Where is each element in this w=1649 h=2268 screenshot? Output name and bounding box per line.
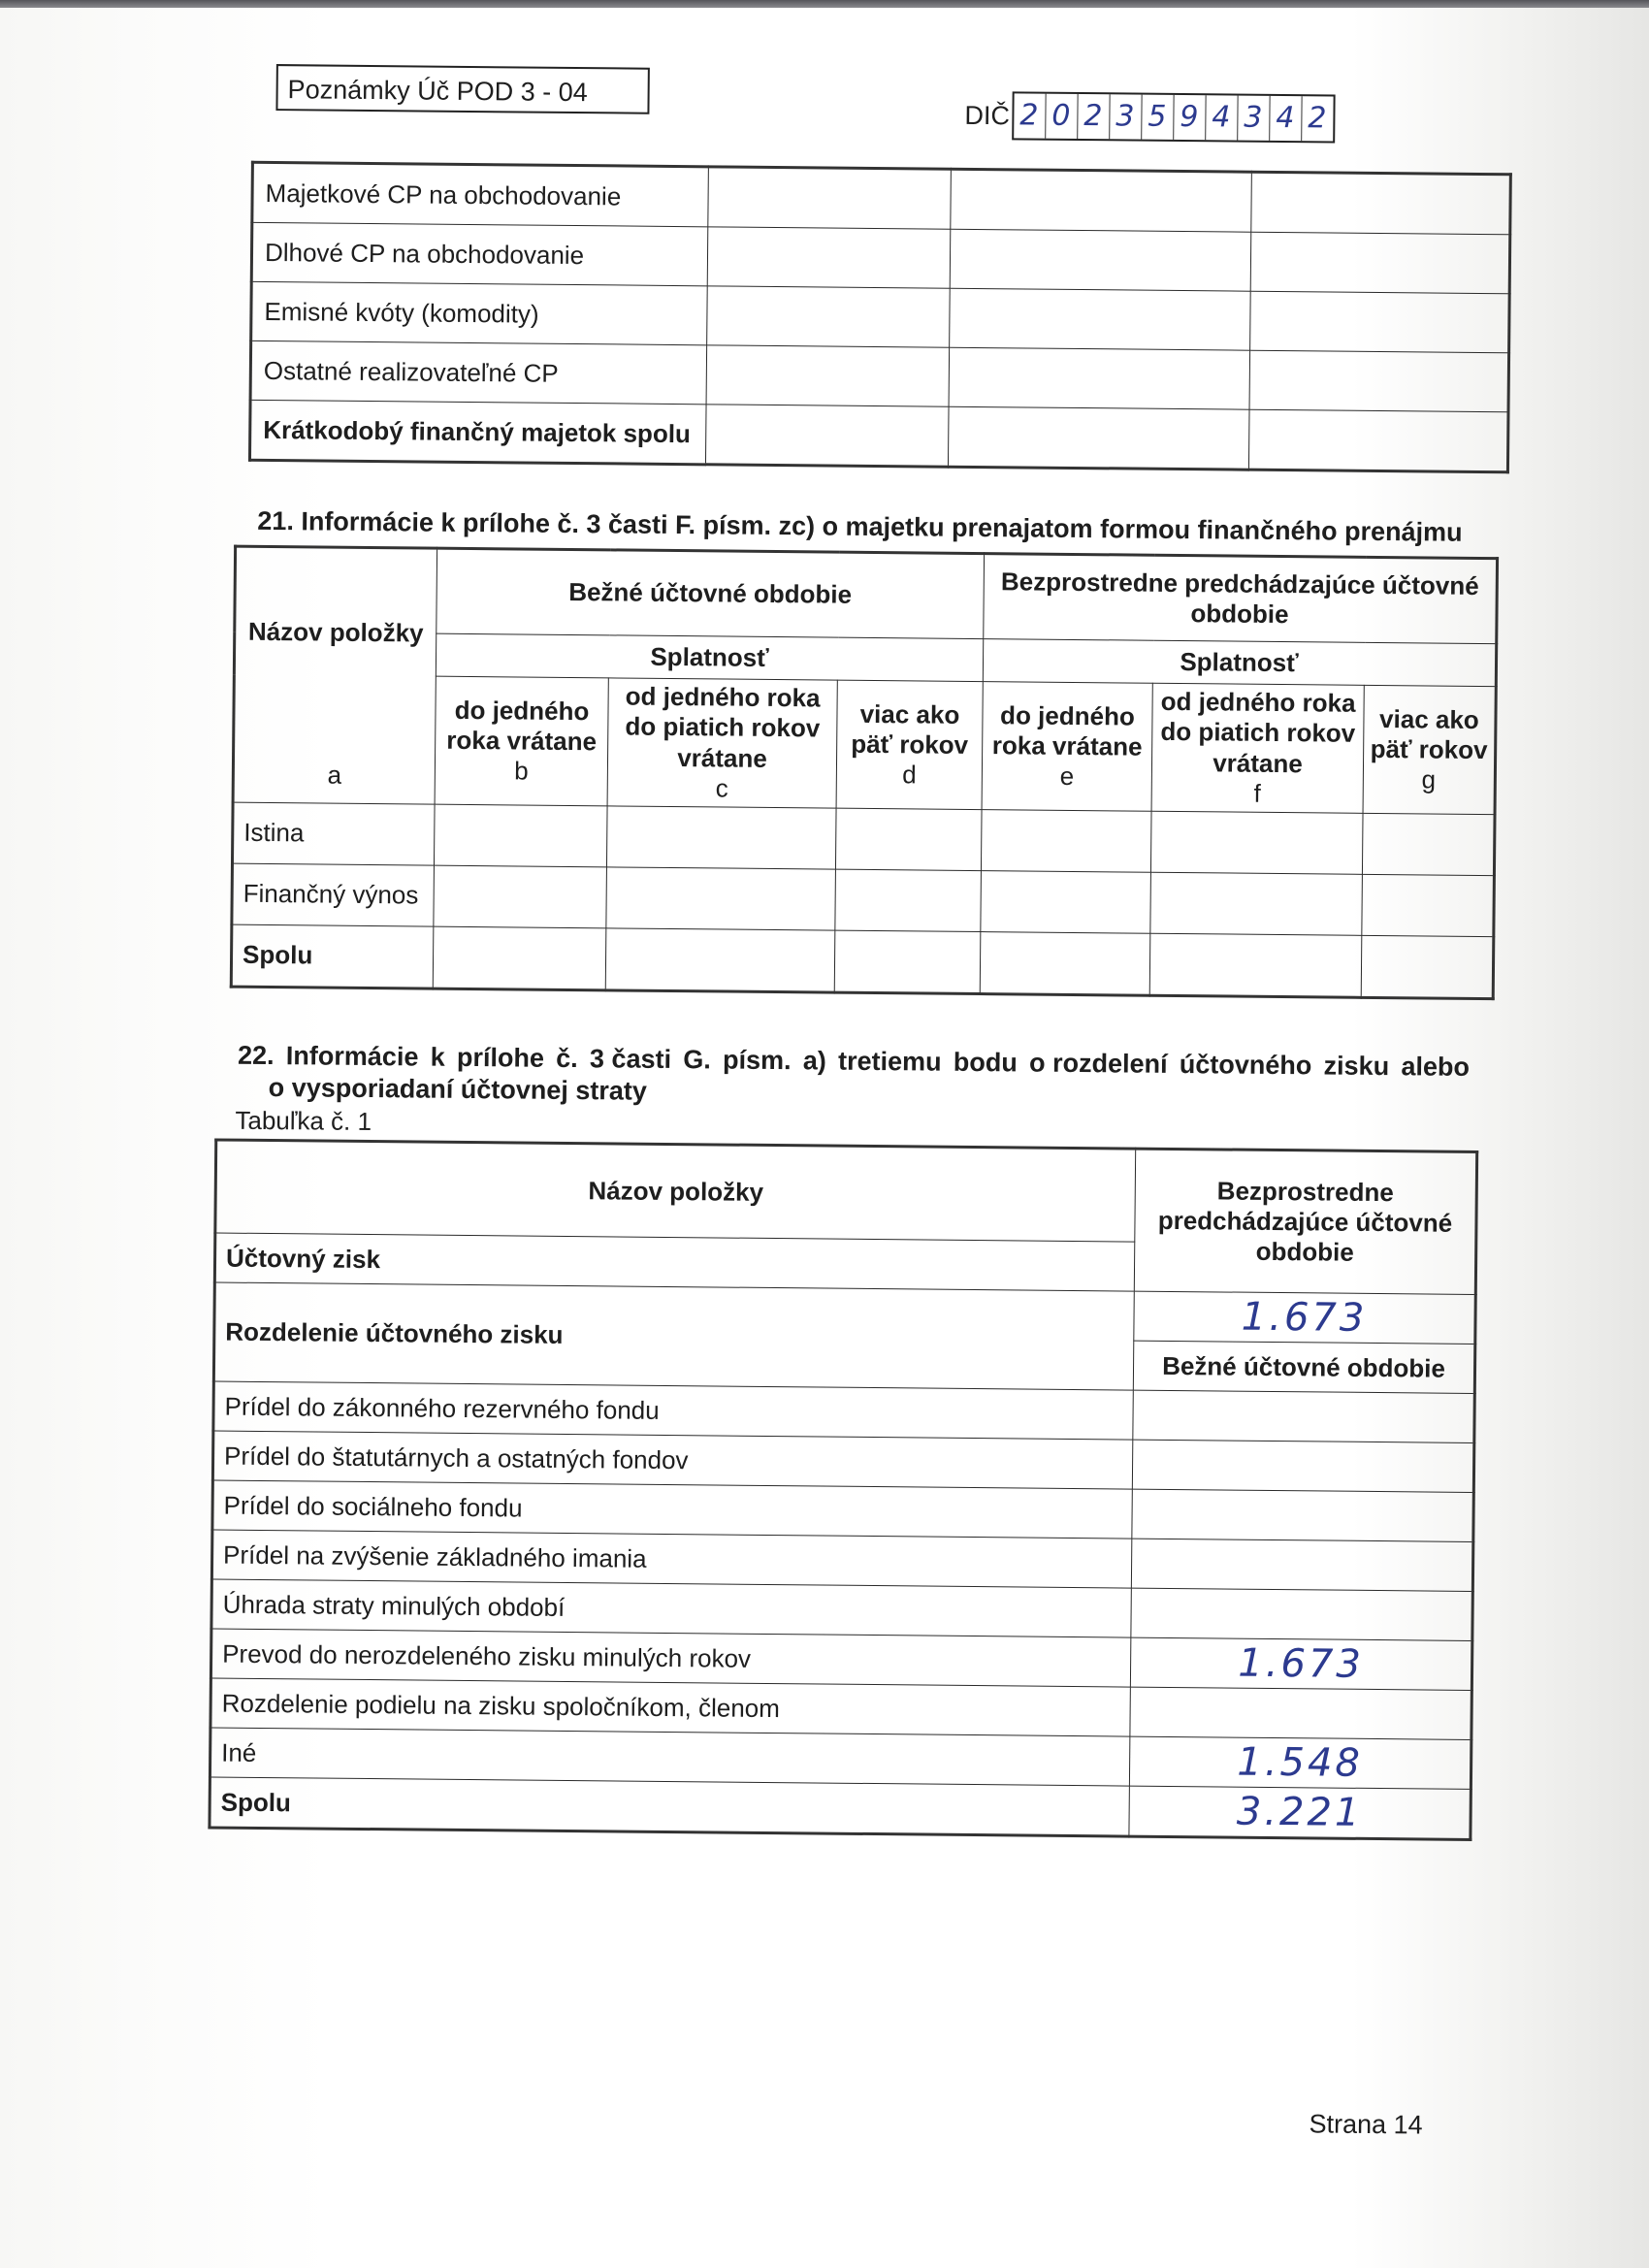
value-cell[interactable] — [1361, 935, 1494, 998]
row-label: Prevod do nerozdeleného zisku minulých r… — [210, 1629, 1130, 1687]
tax-id-digit-boxes: 2023594342 — [1012, 91, 1335, 143]
previous-period-header: Bezprostredne predchádzajúce účtovné obd… — [984, 554, 1498, 644]
current-maturity-header: Splatnosť — [436, 633, 983, 681]
value-cell[interactable] — [1362, 874, 1495, 936]
document-page: Poznámky Úč POD 3 - 04 DIČ 2023594342 Ma… — [0, 0, 1649, 2268]
tax-id-digit-box[interactable]: 3 — [1238, 96, 1270, 141]
handwritten-value: 1.673 — [1238, 1641, 1364, 1687]
tax-id-digit-box[interactable]: 9 — [1174, 95, 1206, 140]
maturity-label: viac ako päť rokov — [851, 699, 968, 760]
handwritten-value: 1.548 — [1237, 1740, 1363, 1786]
title-word: 22. — [238, 1040, 275, 1072]
value-cell[interactable]: 1.673 — [1130, 1637, 1471, 1690]
row-label: Spolu — [210, 1777, 1129, 1836]
column-letter: c — [608, 772, 836, 804]
row-label: Istina — [232, 802, 435, 865]
tax-id-label: DIČ — [964, 100, 1010, 130]
value-cell[interactable] — [981, 810, 1151, 873]
maturity-label: do jedného roka vrátane — [992, 700, 1143, 761]
title-word: o rozdelení — [1029, 1048, 1168, 1081]
value-cell[interactable] — [1131, 1588, 1472, 1640]
maturity-column-header: do jedného roka vrátanee — [982, 682, 1152, 812]
table-row: Spolu — [231, 924, 1494, 998]
maturity-label: od jedného roka do piatich rokov vrátane — [625, 682, 820, 773]
finance-lease-table: Názov položky a Bežné účtovné obdobie Be… — [230, 545, 1499, 1000]
row-label: Krátkodobý finančný majetok spolu — [249, 400, 706, 465]
value-cell[interactable] — [1250, 291, 1510, 353]
value-cell[interactable] — [949, 347, 1250, 409]
row-label: Rozdelenie podielu na zisku spoločníkom,… — [210, 1678, 1130, 1736]
title-word: alebo — [1401, 1051, 1470, 1084]
value-cell[interactable] — [434, 865, 607, 928]
column-letter: f — [1152, 777, 1363, 809]
maturity-column-header: viac ako päť rokovd — [836, 680, 983, 809]
maturity-label: od jedného roka do piatich rokov vrátane — [1160, 687, 1355, 778]
title-word: Informácie — [286, 1040, 419, 1073]
profit-distribution-table: Názov položky Bezprostredne predchádzajú… — [208, 1138, 1478, 1840]
tax-id-digit-box[interactable]: 5 — [1142, 95, 1174, 140]
previous-period-header: Bezprostredne predchádzajúce účtovné obd… — [1134, 1149, 1476, 1294]
tax-id-digit-box[interactable]: 0 — [1046, 94, 1078, 139]
maturity-label: viac ako päť rokov — [1371, 704, 1488, 764]
value-cell[interactable] — [1131, 1539, 1472, 1591]
value-cell[interactable] — [1248, 409, 1508, 472]
previous-maturity-header: Splatnosť — [983, 639, 1496, 687]
maturity-column-header: viac ako päť rokovg — [1363, 685, 1496, 814]
table-row: Krátkodobý finančný majetok spolu — [249, 400, 1508, 471]
tax-id-digit-box[interactable]: 2 — [1014, 93, 1046, 138]
value-cell[interactable] — [1133, 1390, 1474, 1442]
value-cell[interactable] — [981, 871, 1151, 934]
column-letter: a — [235, 759, 435, 791]
title-word: tretiemu — [838, 1046, 942, 1079]
row-label: Emisné kvóty (komodity) — [251, 281, 708, 345]
table-row: Spolu3.221 — [210, 1777, 1471, 1839]
value-cell[interactable] — [708, 167, 952, 229]
value-cell[interactable] — [605, 928, 835, 992]
current-period-header: Bežné účtovné obdobie — [436, 548, 985, 638]
title-word: zisku — [1323, 1050, 1389, 1083]
value-cell[interactable] — [1149, 933, 1362, 997]
row-label: Úhrada straty minulých období — [211, 1579, 1131, 1637]
title-word: č. — [556, 1043, 578, 1075]
column-letter: b — [436, 756, 607, 788]
title-word: k — [431, 1042, 445, 1074]
tax-id-digit-box[interactable]: 4 — [1270, 96, 1302, 141]
value-cell[interactable] — [1150, 872, 1363, 935]
name-header: Názov položky — [236, 617, 436, 649]
title-word: písm. — [723, 1045, 792, 1078]
value-cell[interactable] — [706, 345, 950, 406]
column-letter: e — [983, 761, 1151, 793]
title-word: bodu — [954, 1047, 1018, 1080]
value-cell[interactable] — [950, 229, 1251, 291]
value-cell[interactable] — [1362, 813, 1495, 875]
value-cell[interactable] — [1150, 811, 1363, 874]
value-cell[interactable] — [606, 867, 836, 930]
value-cell[interactable] — [980, 932, 1150, 996]
value-cell[interactable] — [707, 286, 951, 347]
row-label: Finančný výnos — [232, 863, 435, 926]
current-period-header: Bežné účtovné obdobie — [1133, 1341, 1474, 1393]
tax-id-digit-box[interactable]: 2 — [1302, 96, 1333, 141]
form-title: Poznámky Úč POD 3 - 04 — [288, 75, 588, 107]
title-word: G. — [683, 1044, 711, 1076]
section-21-title: 21. Informácie k prílohe č. 3 časti F. p… — [257, 506, 1463, 548]
column-letter: g — [1364, 764, 1494, 795]
value-cell[interactable] — [606, 806, 836, 869]
value-cell[interactable] — [951, 169, 1252, 232]
row-label: Prídel do sociálneho fondu — [212, 1480, 1132, 1539]
value-cell[interactable] — [1130, 1687, 1471, 1739]
profit-value: 1.673 — [1242, 1295, 1368, 1341]
title-word: účtovného — [1180, 1049, 1312, 1082]
value-cell[interactable] — [834, 930, 981, 993]
value-cell[interactable] — [835, 869, 982, 931]
title-word: 3 časti — [590, 1043, 671, 1076]
row-label: Ostatné realizovateľné CP — [250, 340, 707, 405]
value-cell[interactable] — [1132, 1440, 1473, 1492]
tax-id-digit-box[interactable]: 4 — [1206, 95, 1238, 140]
maturity-column-header: od jedného roka do piatich rokov vrátane… — [1151, 683, 1364, 813]
row-label: Prídel do štatutárnych a ostatných fondo… — [212, 1431, 1132, 1489]
distribution-label: Rozdelenie účtovného zisku — [213, 1282, 1134, 1390]
value-cell[interactable] — [1132, 1489, 1473, 1541]
row-label: Iné — [210, 1728, 1129, 1786]
section-22-title: 22.Informáciekpríloheč.3 častiG.písm.a)t… — [238, 1040, 1471, 1116]
row-label: Spolu — [231, 924, 434, 988]
value-cell[interactable] — [705, 405, 949, 467]
table-label: Tabuľka č. 1 — [235, 1106, 372, 1137]
row-label: Prídel do zákonného rezervného fondu — [213, 1381, 1133, 1440]
maturity-column-header: od jedného roka do piatich rokov vrátane… — [607, 678, 837, 808]
value-cell[interactable]: 1.548 — [1129, 1736, 1471, 1789]
value-cell[interactable] — [950, 288, 1251, 350]
value-cell[interactable] — [1251, 172, 1511, 235]
profit-label: Účtovný zisk — [214, 1233, 1134, 1291]
tax-id-digit-box[interactable]: 2 — [1078, 94, 1110, 139]
maturity-label: do jedného roka vrátane — [446, 696, 597, 757]
row-label: Prídel na zvýšenie základného imania — [211, 1530, 1131, 1588]
handwritten-value: 3.221 — [1237, 1790, 1363, 1835]
form-title-box: Poznámky Úč POD 3 - 04 — [275, 64, 649, 114]
value-cell[interactable] — [433, 926, 606, 990]
tax-id-digit-box[interactable]: 3 — [1110, 94, 1142, 139]
short-term-financial-assets-table: Majetkové CP na obchodovanieDlhové CP na… — [248, 161, 1512, 473]
row-label: Majetkové CP na obchodovanie — [252, 162, 709, 227]
row-label: Dlhové CP na obchodovanie — [251, 222, 708, 286]
page-number: Strana 14 — [1309, 2109, 1422, 2140]
value-cell[interactable] — [707, 227, 951, 288]
maturity-column-header: do jedného roka vrátaneb — [435, 676, 608, 806]
value-cell[interactable]: 3.221 — [1129, 1786, 1471, 1839]
name-header-cell: Názov položky a — [233, 546, 437, 804]
value-cell[interactable] — [835, 808, 982, 870]
value-cell[interactable] — [434, 804, 607, 867]
value-cell[interactable] — [948, 406, 1249, 470]
name-header: Názov položky — [215, 1140, 1136, 1242]
title-word: a) — [803, 1045, 826, 1077]
tax-id-field: DIČ 2023594342 — [964, 91, 1335, 144]
title-word: prílohe — [457, 1042, 544, 1075]
column-letter: d — [837, 760, 982, 792]
value-cell[interactable] — [1249, 350, 1509, 412]
value-cell[interactable] — [1250, 232, 1510, 294]
profit-value-cell[interactable]: 1.673 — [1134, 1291, 1475, 1344]
